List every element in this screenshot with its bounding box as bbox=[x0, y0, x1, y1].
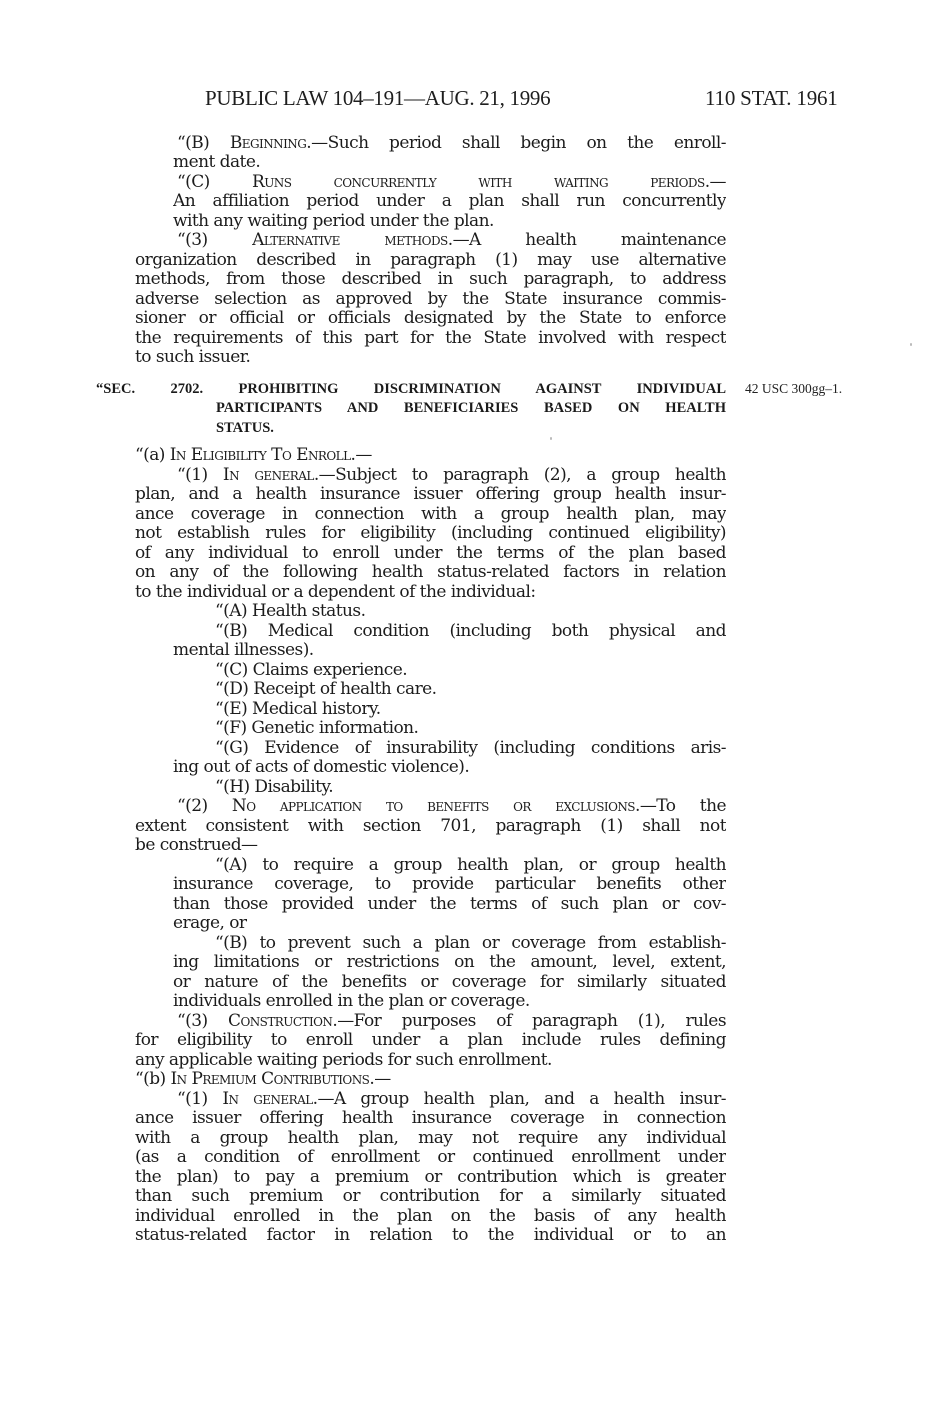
text-run: .—A group health plan, and a health insu… bbox=[313, 1090, 726, 1109]
text-line: to such issuer. bbox=[135, 348, 726, 367]
section-heading-line: “SEC. 2702. PROHIBITING DISCRIMINATION A… bbox=[96, 380, 726, 399]
text-line: “(1) In general.—A group health plan, an… bbox=[177, 1090, 726, 1109]
text-run: .—Such period shall begin on the enroll- bbox=[306, 134, 726, 153]
text-line: with any waiting period under the plan. bbox=[173, 212, 726, 231]
text-line: adverse selection as approved by the Sta… bbox=[135, 290, 726, 309]
small-caps-heading: In Eligibility To Enroll bbox=[170, 445, 351, 465]
text-line: not establish rules for eligibility (inc… bbox=[135, 524, 726, 543]
text-line: “(F) Genetic information. bbox=[215, 719, 726, 738]
text-run: ance issuer offering health insurance co… bbox=[135, 1109, 726, 1128]
text-run: .—Subject to paragraph (2), a group heal… bbox=[314, 466, 726, 485]
section-heading-line: PARTICIPANTS AND BENEFICIARIES BASED ON … bbox=[216, 399, 726, 418]
text-run: adverse selection as approved by the Sta… bbox=[135, 290, 726, 309]
text-line: to the individual or a dependent of the … bbox=[135, 583, 726, 602]
text-line: the plan) to pay a premium or contributi… bbox=[135, 1168, 726, 1187]
text-run: ing out of acts of domestic violence). bbox=[173, 757, 469, 777]
text-run: “(3) bbox=[177, 1012, 228, 1031]
text-line: “(C) Claims experience. bbox=[215, 661, 726, 680]
text-line: on any of the following health status-re… bbox=[135, 563, 726, 582]
small-caps-heading: Beginning bbox=[230, 134, 306, 153]
text-run: erage, or bbox=[173, 913, 246, 933]
statute-page-reference: 110 STAT. 1961 bbox=[705, 86, 838, 111]
text-line: plan, and a health insurance issuer offe… bbox=[135, 485, 726, 504]
text-run: than such premium or contribution for a … bbox=[135, 1187, 726, 1206]
text-run: “(A) Health status. bbox=[215, 601, 365, 621]
text-line: extent consistent with section 701, para… bbox=[135, 817, 726, 836]
text-run: organization described in paragraph (1) … bbox=[135, 251, 726, 270]
text-line: individuals enrolled in the plan or cove… bbox=[173, 992, 726, 1011]
text-run: “(B) bbox=[177, 134, 230, 153]
text-line: mental illnesses). bbox=[173, 641, 726, 660]
text-line: ing limitations or restrictions on the a… bbox=[173, 953, 726, 972]
text-line: of any individual to enroll under the te… bbox=[135, 544, 726, 563]
text-line: “(B) to prevent such a plan or coverage … bbox=[215, 934, 726, 953]
text-line: individual enrolled in the plan on the b… bbox=[135, 1207, 726, 1226]
text-line: “(3) Construction.—For purposes of parag… bbox=[177, 1012, 726, 1031]
text-line: ance coverage in connection with a group… bbox=[135, 505, 726, 524]
text-line: “(G) Evidence of insurability (including… bbox=[215, 739, 726, 758]
section-heading-line: STATUS. bbox=[216, 419, 726, 438]
text-run: mental illnesses). bbox=[173, 640, 314, 660]
text-run: “(a) bbox=[135, 445, 170, 465]
text-run: “(C) bbox=[177, 173, 252, 192]
small-caps-heading: In Premium Contributions bbox=[171, 1069, 370, 1089]
text-run: plan, and a health insurance issuer offe… bbox=[135, 485, 726, 504]
text-run: (as a condition of enrollment or continu… bbox=[135, 1148, 726, 1167]
text-run: “(b) bbox=[135, 1069, 171, 1089]
text-run: or nature of the benefits or coverage fo… bbox=[173, 973, 726, 992]
text-run: to such issuer. bbox=[135, 347, 250, 367]
scan-speck bbox=[536, 140, 538, 143]
text-run: status-related factor in relation to the… bbox=[135, 1226, 726, 1245]
text-run: .— bbox=[369, 1069, 390, 1089]
text-run: .—A health maintenance bbox=[448, 231, 726, 250]
text-line: organization described in paragraph (1) … bbox=[135, 251, 726, 270]
text-run: “(B) to prevent such a plan or coverage … bbox=[215, 934, 726, 953]
text-run: than those provided under the terms of s… bbox=[173, 895, 726, 914]
text-run: .— bbox=[705, 173, 726, 192]
text-line: “(2) No application to benefits or exclu… bbox=[177, 797, 726, 816]
text-run: “(A) to require a group health plan, or … bbox=[215, 856, 726, 875]
text-line: insurance coverage, to provide particula… bbox=[173, 875, 726, 894]
text-run: be construed— bbox=[135, 835, 257, 855]
text-line: “(H) Disability. bbox=[215, 778, 726, 797]
text-line: ing out of acts of domestic violence). bbox=[173, 758, 726, 777]
text-run: .—To the bbox=[635, 797, 726, 816]
text-line: any applicable waiting periods for such … bbox=[135, 1051, 726, 1070]
text-run: An affiliation period under a plan shall… bbox=[173, 192, 726, 211]
text-run: for eligibility to enroll under a plan i… bbox=[135, 1031, 726, 1050]
text-run: “(F) Genetic information. bbox=[215, 718, 418, 738]
text-line: the requirements of this part for the St… bbox=[135, 329, 726, 348]
text-run: sioner or official or officials designat… bbox=[135, 309, 726, 328]
text-run: extent consistent with section 701, para… bbox=[135, 817, 726, 836]
small-caps-heading: No application to benefits or exclusions bbox=[232, 797, 635, 816]
text-run: “(G) Evidence of insurability (including… bbox=[215, 739, 726, 758]
text-run: the plan) to pay a premium or contributi… bbox=[135, 1168, 726, 1187]
text-line: with a group health plan, may not requir… bbox=[135, 1129, 726, 1148]
text-line: “(C) Runs concurrently with waiting peri… bbox=[177, 173, 726, 192]
text-line: erage, or bbox=[173, 914, 726, 933]
text-run: the requirements of this part for the St… bbox=[135, 329, 726, 348]
text-run: “(B) Medical condition (including both p… bbox=[215, 622, 726, 641]
text-run: with a group health plan, may not requir… bbox=[135, 1129, 726, 1148]
small-caps-heading: In general bbox=[222, 1090, 312, 1109]
small-caps-heading: Alternative methods bbox=[252, 231, 448, 250]
text-line: “(A) Health status. bbox=[215, 602, 726, 621]
text-line: methods, from those described in such pa… bbox=[135, 270, 726, 289]
small-caps-heading: Runs concurrently with waiting periods bbox=[252, 173, 705, 192]
text-line: ment date. bbox=[173, 153, 726, 172]
text-run: to the individual or a dependent of the … bbox=[135, 582, 536, 602]
text-run: individuals enrolled in the plan or cove… bbox=[173, 991, 530, 1011]
text-run: insurance coverage, to provide particula… bbox=[173, 875, 726, 894]
text-run: ance coverage in connection with a group… bbox=[135, 505, 726, 524]
text-line: “(a) In Eligibility To Enroll.— bbox=[135, 446, 726, 465]
margin-citation-note: 42 USC 300gg–1. bbox=[745, 381, 842, 397]
text-line: “(D) Receipt of health care. bbox=[215, 680, 726, 699]
text-run: .—For purposes of paragraph (1), rules bbox=[332, 1012, 726, 1031]
text-line: “(1) In general.—Subject to paragraph (2… bbox=[177, 466, 726, 485]
text-line: “(b) In Premium Contributions.— bbox=[135, 1070, 726, 1089]
text-run: “(1) bbox=[177, 466, 223, 485]
scan-speck bbox=[550, 437, 552, 440]
text-line: than those provided under the terms of s… bbox=[173, 895, 726, 914]
text-line: ance issuer offering health insurance co… bbox=[135, 1109, 726, 1128]
text-line: for eligibility to enroll under a plan i… bbox=[135, 1031, 726, 1050]
text-run: with any waiting period under the plan. bbox=[173, 211, 494, 231]
text-run: .— bbox=[351, 445, 372, 465]
text-line: than such premium or contribution for a … bbox=[135, 1187, 726, 1206]
text-line: An affiliation period under a plan shall… bbox=[173, 192, 726, 211]
text-run: methods, from those described in such pa… bbox=[135, 270, 726, 289]
text-line: (as a condition of enrollment or continu… bbox=[135, 1148, 726, 1167]
text-run: “(3) bbox=[177, 231, 252, 250]
document-page: PUBLIC LAW 104–191—AUG. 21, 1996 110 STA… bbox=[0, 0, 947, 1419]
text-run: not establish rules for eligibility (inc… bbox=[135, 524, 726, 543]
text-line: “(B) Medical condition (including both p… bbox=[215, 622, 726, 641]
text-line: “(A) to require a group health plan, or … bbox=[215, 856, 726, 875]
text-run: individual enrolled in the plan on the b… bbox=[135, 1207, 726, 1226]
text-line: “(E) Medical history. bbox=[215, 700, 726, 719]
text-run: “(C) Claims experience. bbox=[215, 660, 407, 680]
running-head-title: PUBLIC LAW 104–191—AUG. 21, 1996 bbox=[205, 86, 550, 111]
text-line: status-related factor in relation to the… bbox=[135, 1226, 726, 1245]
text-line: or nature of the benefits or coverage fo… bbox=[173, 973, 726, 992]
text-line: be construed— bbox=[135, 836, 726, 855]
text-run: “(2) bbox=[177, 797, 232, 816]
small-caps-heading: Construction bbox=[228, 1012, 332, 1031]
text-line: “(3) Alternative methods.—A health maint… bbox=[177, 231, 726, 250]
text-run: ment date. bbox=[173, 152, 260, 172]
text-run: any applicable waiting periods for such … bbox=[135, 1050, 552, 1070]
text-run: “(H) Disability. bbox=[215, 777, 333, 797]
text-run: “(1) bbox=[177, 1090, 222, 1109]
text-run: of any individual to enroll under the te… bbox=[135, 544, 726, 563]
text-run: on any of the following health status-re… bbox=[135, 563, 726, 582]
text-line: “(B) Beginning.—Such period shall begin … bbox=[177, 134, 726, 153]
text-run: “(D) Receipt of health care. bbox=[215, 679, 437, 699]
scan-speck bbox=[910, 343, 912, 346]
text-line: sioner or official or officials designat… bbox=[135, 309, 726, 328]
small-caps-heading: In general bbox=[223, 466, 314, 485]
text-run: ing limitations or restrictions on the a… bbox=[173, 953, 726, 972]
text-run: “(E) Medical history. bbox=[215, 699, 381, 719]
